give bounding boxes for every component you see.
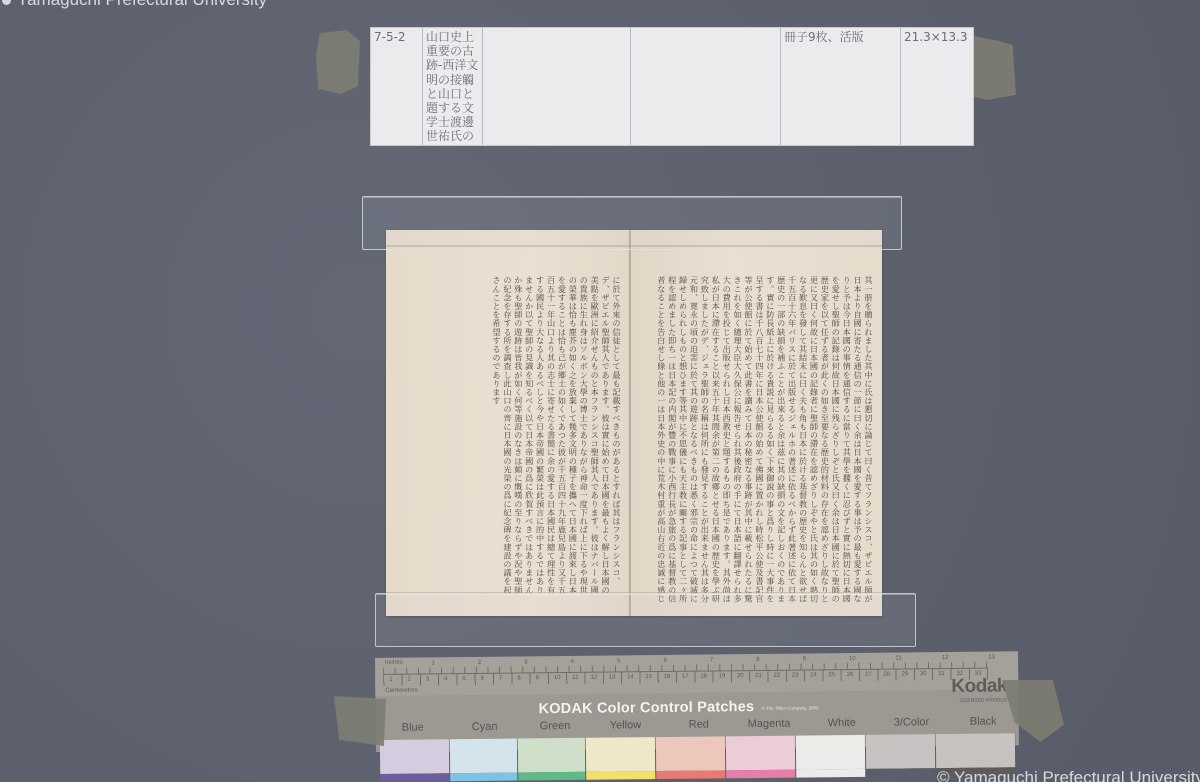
patch-label: Yellow: [610, 719, 642, 731]
ruler-cm-number: 28: [883, 672, 890, 678]
ruler-inch-number: 6: [663, 658, 666, 664]
tape-label-right: [974, 36, 1016, 100]
watermark-top-text: Yamaguchi Prefectural University: [17, 0, 267, 9]
logo-icon: [2, 0, 11, 5]
ruler-cm-number: 30: [920, 671, 927, 677]
color-patch-light: [586, 737, 655, 772]
catalog-blank-cell-2: [631, 28, 781, 145]
document-page-left: に於て外來の信徒として最も記載すべきものがあるとすれば其はフランシスコ、デ、ザビ…: [386, 230, 630, 616]
watermark-bottom: © Yamaguchi Prefectural University: [937, 768, 1200, 782]
ruler-inch-number: 10: [849, 656, 856, 662]
color-patch-light: [866, 734, 935, 769]
kodak-licensed-text: LICENSED PRODUCT: [959, 697, 1010, 704]
patch-label: Blue: [402, 721, 424, 733]
ruler-cm-number: 27: [865, 672, 872, 678]
color-patch-dark: [656, 770, 725, 779]
ruler-cm-number: 5: [462, 676, 465, 682]
ruler-cm-number: 11: [572, 675, 578, 681]
catalog-size: 21.3×13.3: [901, 28, 973, 145]
tape-chart-left: [334, 696, 386, 746]
patch-label: Cyan: [472, 721, 498, 733]
ruler-cm-number: 8: [517, 675, 520, 681]
catalog-id: 7-5-2: [371, 28, 423, 145]
ruler-cm-number: 9: [536, 675, 539, 681]
ruler-inch-number: 7: [710, 657, 713, 663]
ruler-cm-number: 16: [664, 674, 671, 680]
color-patch-light: [656, 736, 725, 771]
ruler-cm-number: 2: [407, 677, 410, 683]
ruler-inch-number: 12: [942, 655, 949, 661]
ruler-cm-number: 12: [590, 675, 597, 681]
chart-copyright: © The Tiffen Company, 2000: [762, 705, 819, 711]
color-patch-light: [726, 736, 795, 771]
ruler-cm-number: 13: [609, 674, 616, 680]
ruler-cm-label: Centimetres: [385, 688, 417, 694]
color-patches: [380, 733, 1016, 782]
color-patch-light: [380, 739, 449, 774]
ruler-inch-number: 8: [756, 657, 759, 663]
chart-title: KODAK Color Control Patches: [538, 699, 754, 717]
ruler-cm-number: 6: [481, 676, 484, 682]
color-patch-light: [518, 738, 585, 773]
patch-label: Magenta: [748, 718, 791, 730]
color-patch-dark: [726, 770, 795, 779]
patch-label: 3/Color: [894, 716, 930, 728]
color-patch-dark: [380, 773, 449, 782]
ruler-inch-number: 13: [988, 655, 995, 661]
ruler-inch-number: 11: [895, 655, 901, 661]
patch-label: Green: [540, 720, 571, 732]
document-left-text: に於て外來の信徒として最も記載すべきものがあるとすれば其はフランシスコ、デ、ザビ…: [484, 276, 622, 596]
color-patch-dark: [796, 769, 865, 778]
ruler-cm-number: 14: [627, 674, 634, 680]
kodak-logo: Kodak: [951, 675, 1007, 698]
patch-label: Red: [689, 719, 709, 731]
catalog-blank-cell-1: [483, 28, 631, 145]
ruler: Inches Centimetres 12345678910111213 123…: [375, 651, 1018, 696]
patch-label: White: [828, 717, 856, 729]
ruler-cm-number: 22: [773, 673, 780, 679]
ruler-cm-number: 15: [645, 674, 652, 680]
color-patch-red: [656, 736, 726, 779]
color-patch-dark: [586, 771, 655, 780]
color-patch-cyan: [450, 739, 518, 782]
ruler-cm-number: 4: [444, 676, 447, 682]
ruler-inch-number: 3: [524, 659, 527, 665]
ruler-cm-number: 25: [828, 672, 835, 678]
color-patch-light: [450, 739, 517, 774]
ruler-cm-number: 31: [938, 671, 945, 677]
color-patch-blue: [380, 739, 450, 782]
color-patch-light: [936, 733, 1015, 768]
ruler-cm-number: 20: [737, 673, 744, 679]
document-right-text: 其一册を贈られました其中に氏は懇切に論じて曰く昔てフランシスコ、ザビエル師が日本…: [658, 276, 874, 606]
color-patch-white: [796, 735, 866, 778]
ruler-cm-number: 3: [426, 676, 429, 682]
acrylic-strip-top: [362, 196, 902, 250]
patch-label: Black: [970, 715, 997, 727]
ruler-inches-label: Inches: [385, 660, 403, 666]
ruler-inch-number: 2: [478, 660, 481, 666]
document-sheet: に於て外來の信徒として最も記載すべきものがあるとすれば其はフランシスコ、デ、ザビ…: [386, 230, 882, 616]
color-patch-dark: [450, 773, 517, 782]
ruler-cm-number: 26: [847, 672, 854, 678]
tape-label-left: [316, 30, 360, 94]
catalog-label-table: 7-5-2 山口史上重要の古跡-西洋文明の接觸と山口と題する文学士渡邊世祐氏の論…: [370, 27, 974, 146]
acrylic-strip-bottom: [375, 593, 916, 647]
kodak-color-chart: Inches Centimetres 12345678910111213 123…: [375, 651, 1019, 782]
ruler-cm-number: 23: [792, 673, 799, 679]
ruler-cm-number: 10: [554, 675, 561, 681]
color-patch-dark: [866, 768, 935, 777]
ruler-cm-number: 1: [389, 677, 392, 683]
color-patch-magenta: [726, 736, 796, 779]
watermark-top: Yamaguchi Prefectural University: [0, 0, 267, 10]
ruler-cm-number: 19: [719, 673, 726, 679]
ruler-inch-number: 4: [571, 659, 574, 665]
ruler-inch-number: 1: [431, 660, 434, 666]
fold-line-center: [629, 230, 631, 616]
ruler-inch-number: 9: [803, 656, 806, 662]
color-patch-light: [796, 735, 865, 770]
color-patch-green: [518, 738, 586, 781]
ruler-cm-number: 17: [682, 674, 689, 680]
color-patch-yellow: [586, 737, 656, 780]
color-patch-3-color: [866, 734, 936, 777]
ruler-cm-number: 29: [902, 671, 909, 677]
ruler-cm-number: 7: [499, 676, 502, 682]
color-patch-dark: [518, 772, 585, 781]
catalog-form: 冊子9枚、活版: [781, 28, 901, 145]
ruler-cm-number: 24: [810, 672, 817, 678]
ruler-inch-number: 5: [617, 658, 620, 664]
ruler-cm-number: 18: [700, 674, 707, 680]
catalog-title: 山口史上重要の古跡-西洋文明の接觸と山口と題する文学士渡邊世祐氏の論: [423, 28, 483, 145]
ruler-cm-number: 21: [755, 673, 762, 679]
